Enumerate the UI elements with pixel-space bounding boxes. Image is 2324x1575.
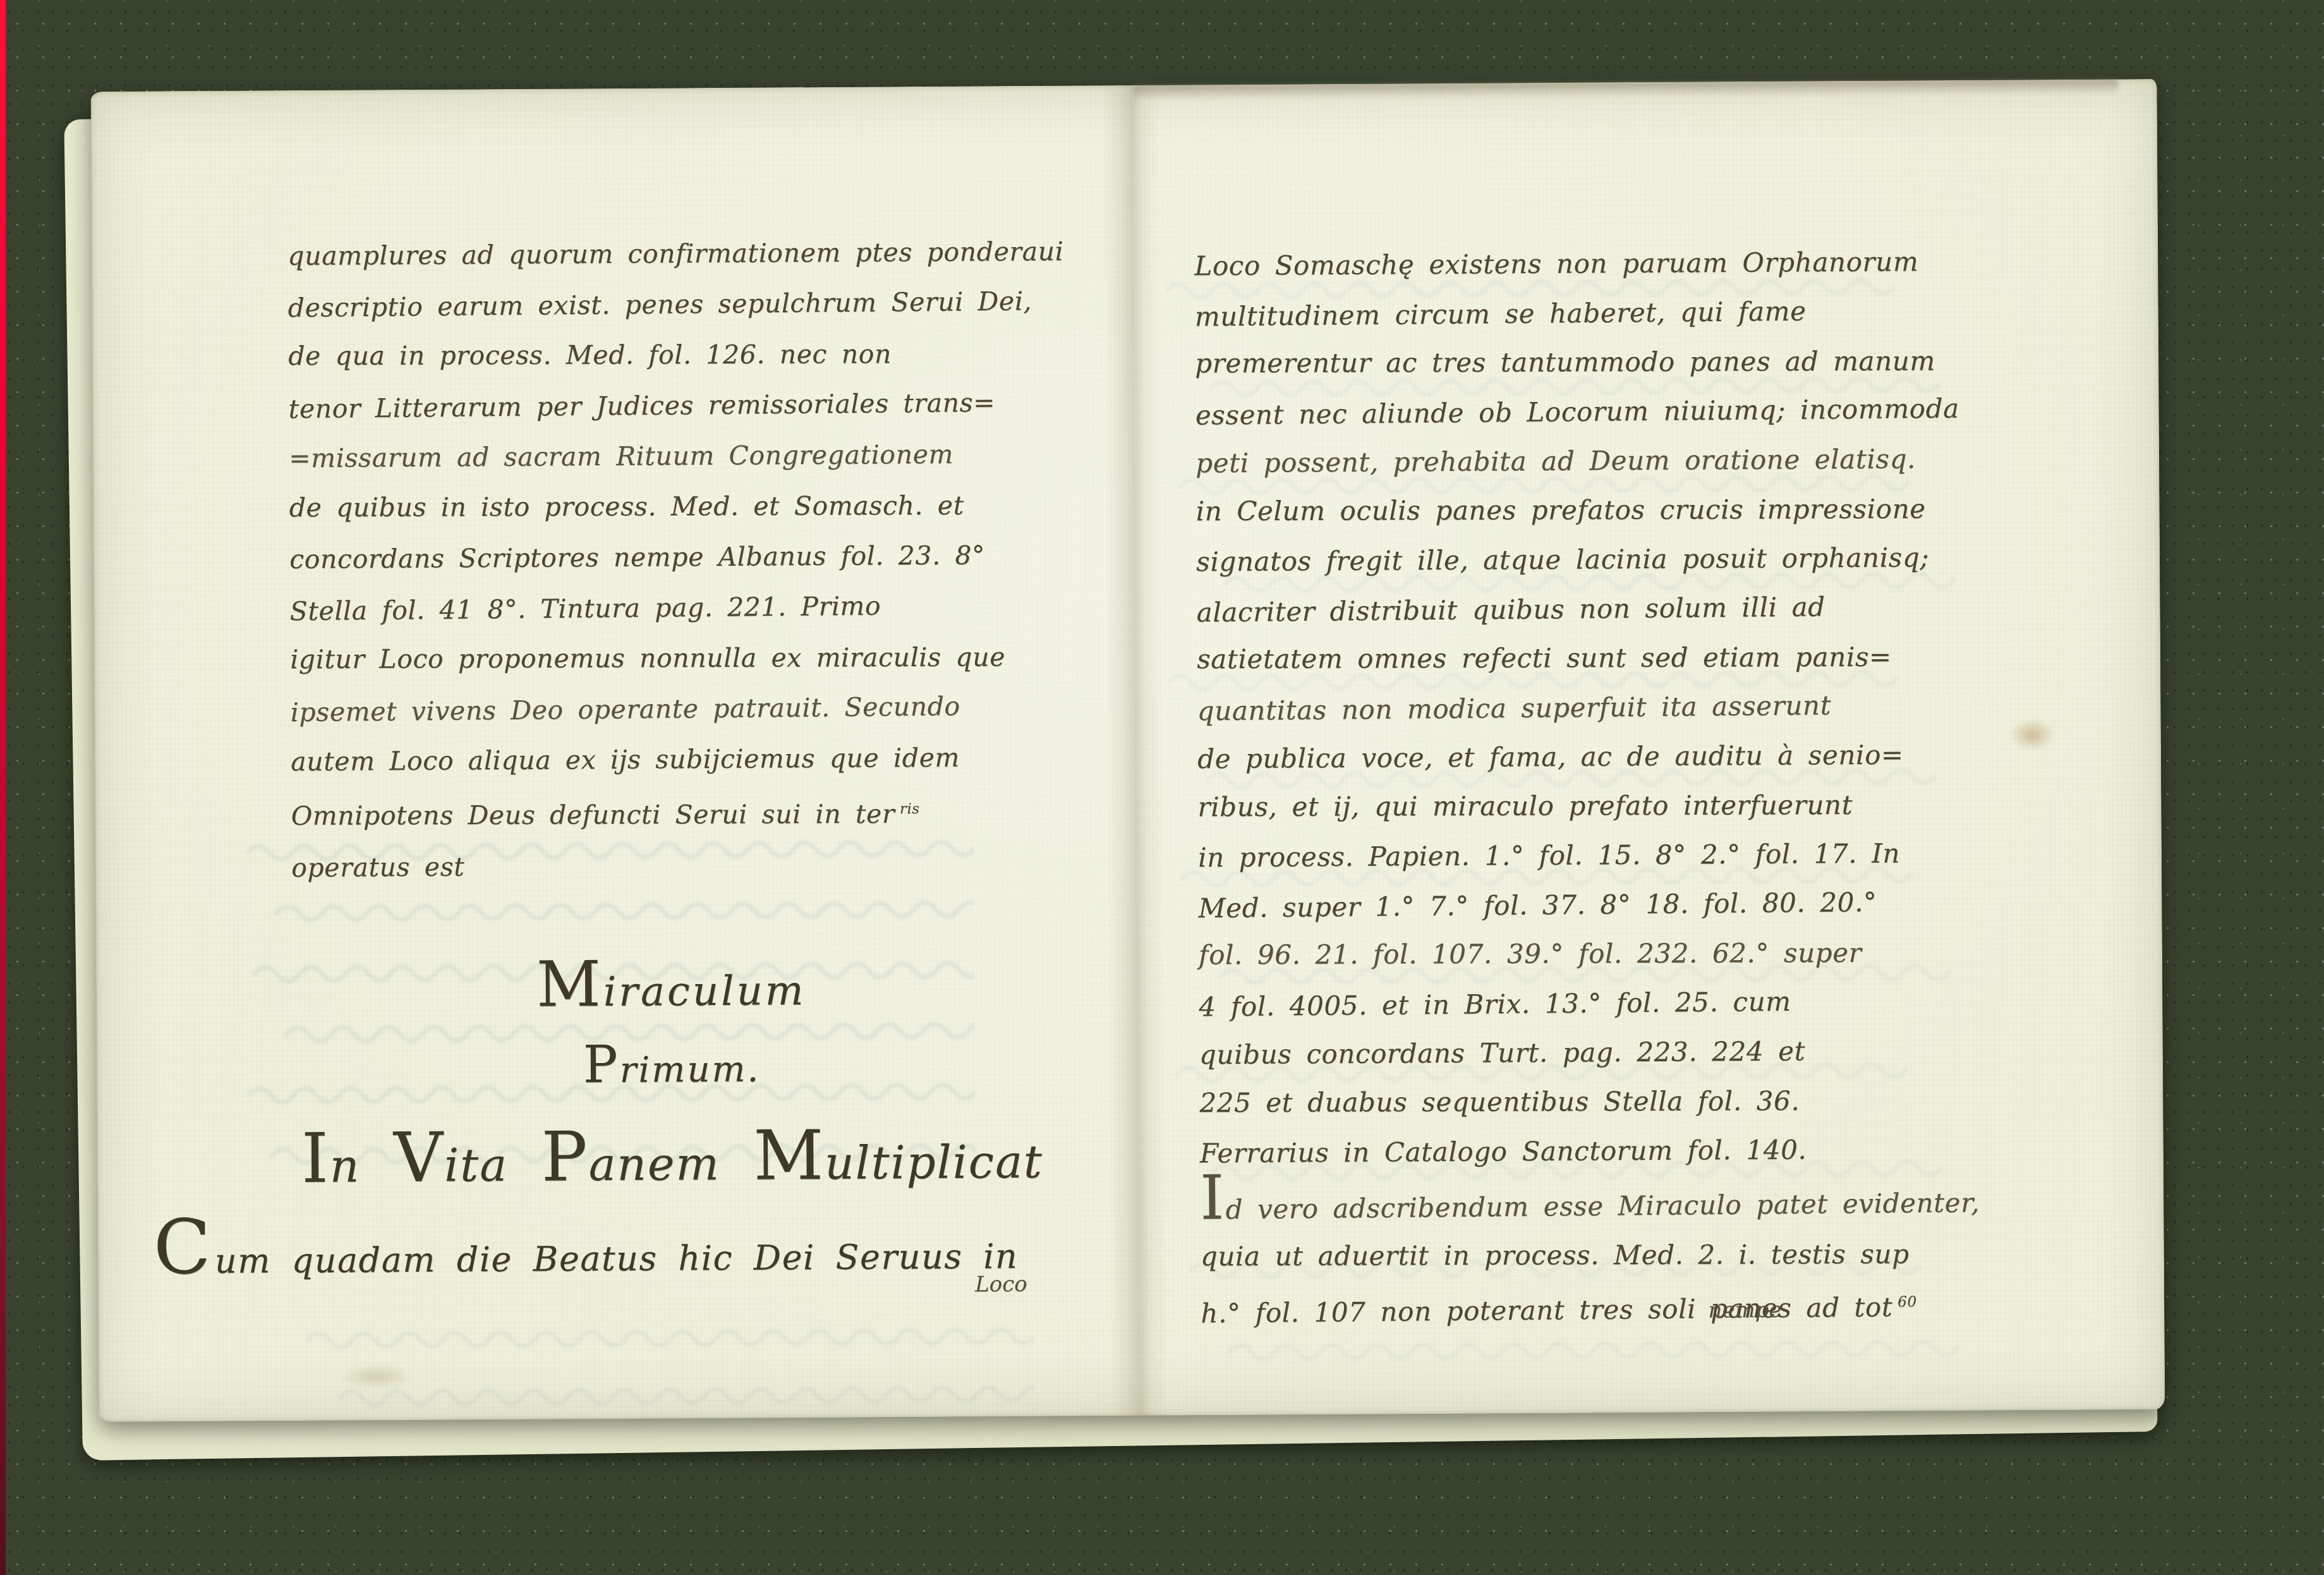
chapter-heading-primum: Primum.: [261, 1032, 1083, 1097]
chapter-title-word: In: [301, 1119, 361, 1198]
manuscript-line: satietatem omnes refecti sunt sed etiam …: [1197, 632, 2100, 684]
foxing-stain: [339, 1363, 415, 1389]
left-page-catchword: Loco: [975, 1272, 1027, 1298]
manuscript-line: ipsemet vivens Deo operante patrauit. Se…: [290, 679, 1118, 738]
manuscript-line: in Celum oculis panes prefatos crucis im…: [1196, 484, 2100, 537]
manuscript-line: operatus est: [291, 837, 1119, 893]
manuscript-line: essent nec aliunde ob Locorum niuiumq; i…: [1195, 382, 2099, 440]
manuscript-line: 4 fol. 4005. et in Brix. 13.° fol. 25. c…: [1199, 974, 2103, 1031]
manuscript-line: Med. super 1.° 7.° fol. 37. 8° 18. fol. …: [1198, 875, 2102, 933]
manuscript-line-with-initial: Id vero adscribendum esse Miraculo patet…: [1200, 1171, 2104, 1234]
right-page-text-block: Loco Somaschę existens non paruam Orphan…: [1194, 236, 2105, 1337]
manuscript-line: multitudinem circum se haberet, qui fame: [1194, 284, 2098, 341]
manuscript-line: concordans Scriptores nempe Albanus fol.…: [289, 529, 1117, 585]
manuscript-line: =missarum ad sacram Rituum Congregatione…: [289, 428, 1117, 483]
manuscript-line: Loco Somaschę existens non paruam Orphan…: [1194, 236, 2098, 291]
manuscript-line: igitur Loco proponemus nonnulla ex mirac…: [290, 631, 1118, 684]
chapter-title-word: Vita: [394, 1118, 509, 1198]
manuscript-line: quantitas non modica superfuit ita asser…: [1197, 678, 2101, 736]
manuscript-line: peti possent, prehabita ad Deum oratione…: [1195, 434, 2099, 489]
manuscript-line: quia ut aduertit in process. Med. 2. i. …: [1201, 1229, 2104, 1282]
manuscript-line: descriptio earum exist. penes sepulchrum…: [287, 275, 1116, 333]
manuscript-line: de publica voce, et fama, ac de auditu à…: [1197, 729, 2101, 784]
manuscript-line: alacriter distribuit quibus non solum il…: [1196, 580, 2100, 637]
top-edge-smudge: [1134, 79, 2119, 100]
manuscript-line: 225 et duabus sequentibus Stella fol. 36…: [1199, 1076, 2103, 1128]
manuscript-line: tenor Litterarum per Judices remissorial…: [288, 376, 1117, 434]
manuscript-line-text: Omnipotens Deus defuncti Serui sui in te…: [291, 799, 895, 831]
manuscript-line: premerentur ac tres tantummodo panes ad …: [1195, 336, 2098, 389]
chapter-heading-miraculum: Miraculum: [260, 945, 1082, 1023]
manuscript-line: ribus, et ij, qui miraculo prefato inter…: [1197, 780, 2101, 832]
manuscript-line: de quibus in isto process. Med. et Somas…: [289, 480, 1117, 533]
manuscript-spread: quamplures ad quorum confirmationem ptes…: [91, 79, 2165, 1422]
book-spine-red-edge: [0, 0, 6, 1575]
manuscript-line-text: h.° fol. 107 non poterant tres soli pane…: [1201, 1291, 1892, 1329]
manuscript-line: in process. Papien. 1.° fol. 15. 8° 2.° …: [1198, 828, 2102, 883]
manuscript-line: quibus concordans Turt. pag. 223. 224 et: [1199, 1025, 2103, 1080]
manuscript-line: fol. 96. 21. fol. 107. 39.° fol. 232. 62…: [1199, 928, 2102, 980]
chapter-title-word: Panem: [541, 1117, 720, 1197]
manuscript-line-with-superscript: Omnipotens Deus defuncti Serui sui in te…: [291, 783, 1118, 841]
manuscript-line: quamplures ad quorum confirmationem ptes…: [287, 226, 1115, 281]
manuscript-line: Stella fol. 41 8°. Tintura pag. 221. Pri…: [289, 578, 1118, 636]
manuscript-line-with-superscript: h.° fol. 107 non poterant tres soli pane…: [1201, 1275, 2105, 1338]
manuscript-line: autem Loco aliqua ex ijs subijciemus que…: [291, 731, 1118, 787]
chapter-title: In Vita Panem Multiplicat: [262, 1114, 1084, 1198]
superscript-abbreviation: ris: [900, 801, 919, 817]
manuscript-line: signatos fregit ille, atque lacinia posu…: [1196, 532, 2100, 587]
manuscript-line: Ferrarius in Catalogo Sanctorum fol. 140…: [1200, 1124, 2103, 1179]
right-page-catchword: nempe: [1708, 1298, 1781, 1323]
left-page-text-block: quamplures ad quorum confirmationem ptes…: [287, 226, 1119, 893]
superscript-number: 60: [1897, 1294, 1917, 1310]
manuscript-line: de qua in process. Med. fol. 126. nec no…: [288, 328, 1116, 381]
chapter-title-word: Multiplicat: [753, 1115, 1043, 1196]
